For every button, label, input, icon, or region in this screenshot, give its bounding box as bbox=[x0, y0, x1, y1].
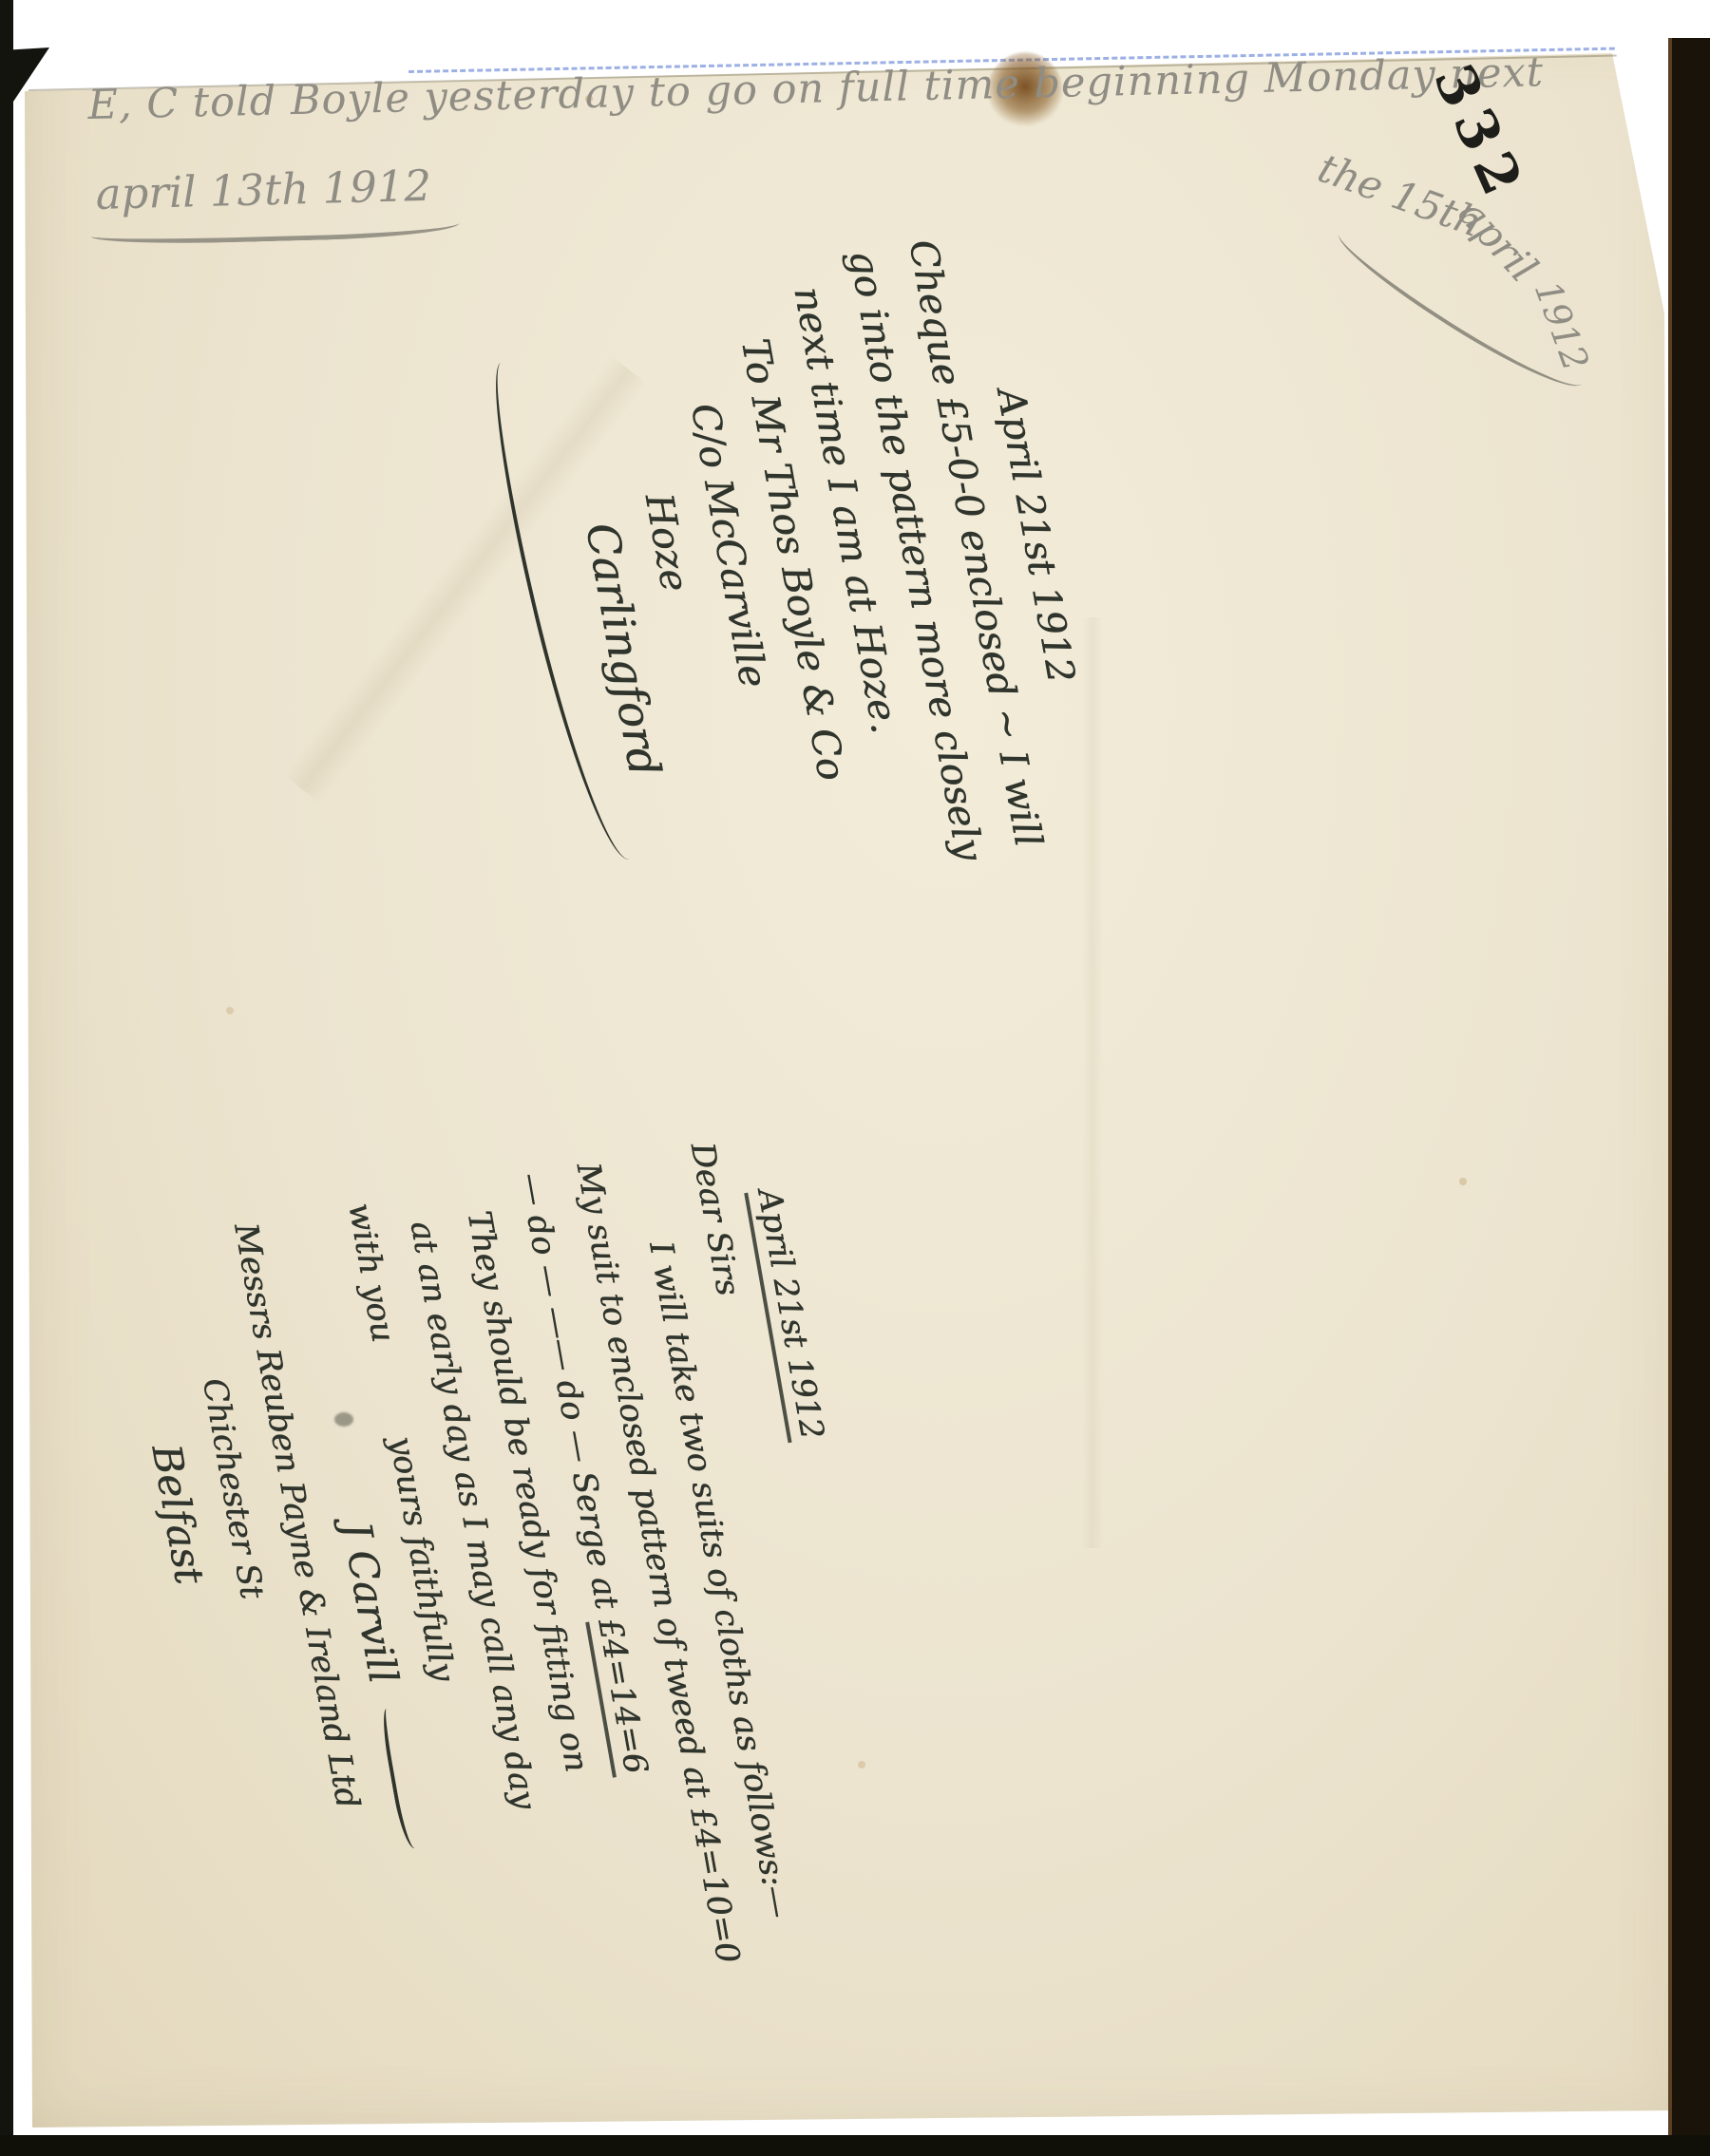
scanned-letterbook-page: E, C told Boyle yesterday to go on full … bbox=[0, 0, 1710, 2156]
book-cover-edge bbox=[1668, 38, 1710, 2156]
letter-copy-bottom: April 21st 1912 Dear Sirs I will take tw… bbox=[102, 1128, 919, 1997]
letter-copy-top: April 21st 1912 Cheque £5-0-0 enclosed ~… bbox=[482, 224, 1123, 954]
spacer bbox=[375, 1353, 389, 1428]
book-spine-edge bbox=[0, 0, 13, 2156]
signature-dash bbox=[379, 1708, 417, 1850]
book-bottom-edge bbox=[0, 2135, 1710, 2156]
